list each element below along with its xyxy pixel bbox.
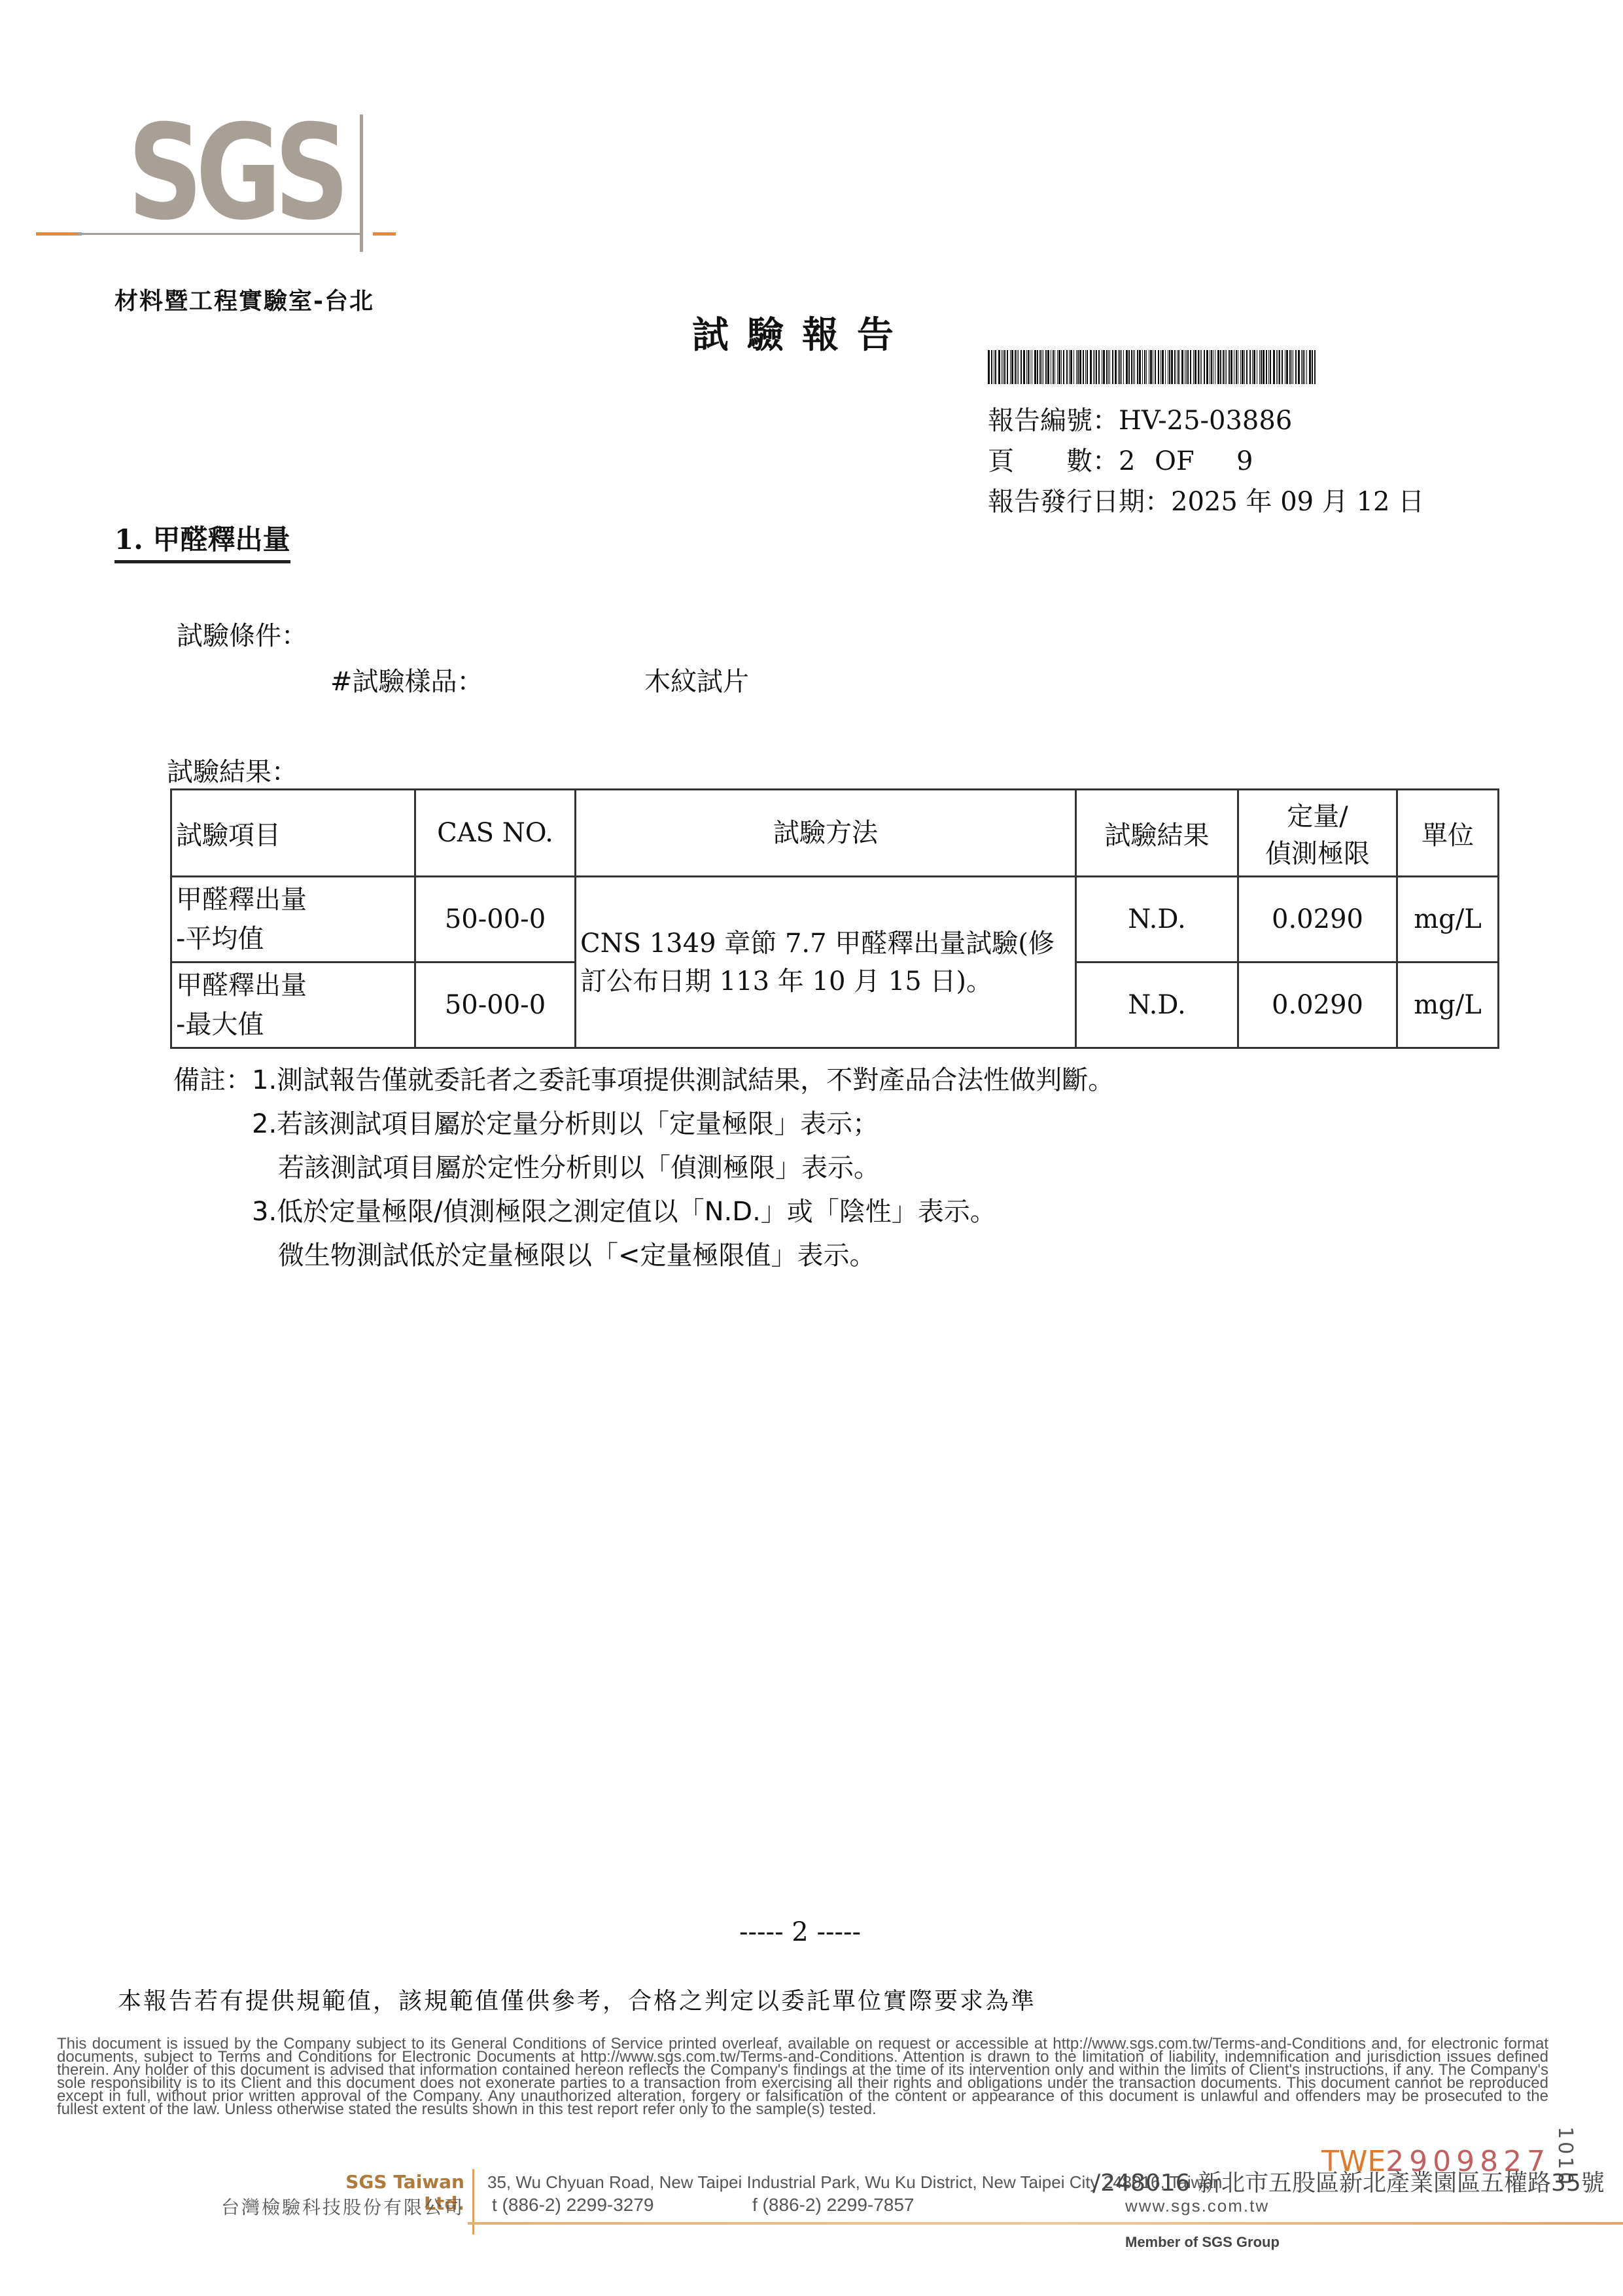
disclaimer-zh: 本報告若有提供規範值，該規範值僅供參考，合格之判定以委託單位實際要求為準 — [118, 1983, 1036, 2016]
test-conditions-label: 試驗條件： — [177, 615, 307, 652]
table-row: 甲醛釋出量 -平均值 50-00-0 CNS 1349 章節 7.7 甲醛釋出量… — [171, 877, 1499, 963]
note-line: 若該測試項目屬於定性分析則以「偵測極限」表示。 — [173, 1146, 1114, 1190]
note-line: 3.低於定量極限/偵測極限之測定值以「N.D.」或「陰性」表示。 — [173, 1190, 1114, 1234]
cell-unit: mg/L — [1397, 963, 1499, 1048]
footer-divider — [472, 2169, 474, 2234]
page-current: 2 — [1119, 446, 1135, 476]
page-marker: ----- 2 ----- — [739, 1917, 861, 1947]
website-link[interactable]: www.sgs.com.tw — [1125, 2196, 1269, 2216]
note-line: 微生物測試低於定量極限以「<定量極限值」表示。 — [173, 1234, 1114, 1278]
col-header-method: 試驗方法 — [576, 790, 1076, 877]
col-header-item: 試驗項目 — [171, 790, 415, 877]
page-count-row: 頁 數：2OF9 — [988, 441, 1424, 482]
cell-unit: mg/L — [1397, 877, 1499, 963]
sample-value: 木紋試片 — [644, 661, 749, 698]
note-line: 備註：1.測試報告僅就委託者之委託事項提供測試結果，不對產品合法性做判斷。 — [173, 1059, 1114, 1103]
cell-item: 甲醛釋出量 -平均值 — [171, 877, 415, 963]
fax: f (886-2) 2299-7857 — [752, 2195, 915, 2216]
test-results-label: 試驗結果： — [167, 751, 298, 788]
cell-limit: 0.0290 — [1238, 963, 1397, 1048]
report-meta: 報告編號：HV-25-03886 頁 數：2OF9 報告發行日期：2025 年 … — [988, 400, 1424, 522]
cell-cas: 50-00-0 — [415, 877, 576, 963]
footer-rule — [468, 2222, 1623, 2225]
col-header-limit-line1: 定量/ — [1243, 796, 1392, 833]
cell-cas: 50-00-0 — [415, 963, 576, 1048]
item-qualifier: -平均值 — [176, 919, 410, 959]
notes: 備註：1.測試報告僅就委託者之委託事項提供測試結果，不對產品合法性做判斷。 2.… — [173, 1059, 1114, 1278]
item-name: 甲醛釋出量 — [176, 966, 410, 1005]
cell-result: N.D. — [1076, 963, 1238, 1048]
issue-date-row: 報告發行日期：2025 年 09 月 12 日 — [988, 482, 1424, 522]
col-header-cas: CAS NO. — [415, 790, 576, 877]
item-qualifier: -最大值 — [176, 1005, 410, 1044]
cell-method: CNS 1349 章節 7.7 甲醛釋出量試驗(修訂公布日期 113 年 10 … — [576, 877, 1076, 1048]
page-label: 頁 數： — [988, 446, 1119, 476]
sgs-logo: SGS — [128, 115, 363, 239]
report-number: HV-25-03886 — [1119, 406, 1292, 436]
issue-date-label: 報告發行日期： — [988, 487, 1171, 517]
company-name-zh: 台灣檢驗科技股份有限公司 — [196, 2193, 464, 2219]
report-number-row: 報告編號：HV-25-03886 — [988, 400, 1424, 441]
col-header-result: 試驗結果 — [1076, 790, 1238, 877]
address-zh: /248016 新北市五股區新北產業園區五權路35號 — [1092, 2164, 1605, 2198]
logo-accent-line-left — [36, 232, 82, 236]
col-header-limit-line2: 偵測極限 — [1243, 833, 1392, 870]
report-title: 試驗報告 — [692, 306, 912, 359]
item-name: 甲醛釋出量 — [176, 880, 410, 919]
note-line: 2.若該測試項目屬於定量分析則以「定量極限」表示； — [173, 1103, 1114, 1146]
logo-stem — [360, 115, 363, 252]
col-header-limit: 定量/ 偵測極限 — [1238, 790, 1397, 877]
logo-text: SGS — [128, 108, 342, 239]
cell-limit: 0.0290 — [1238, 877, 1397, 963]
logo-accent-line-right — [373, 232, 396, 236]
section-heading: 1. 甲醛釋出量 — [114, 518, 290, 563]
barcode — [988, 350, 1318, 384]
section-title: 甲醛釋出量 — [152, 523, 290, 556]
page-total: 9 — [1213, 441, 1253, 482]
cell-item: 甲醛釋出量 -最大值 — [171, 963, 415, 1048]
lab-name: 材料暨工程實驗室-台北 — [114, 283, 374, 316]
telephone: t (886-2) 2299-3279 — [492, 2195, 654, 2216]
page-of: OF — [1135, 441, 1213, 482]
sample-label: #試驗樣品： — [330, 661, 483, 698]
member-of-group: Member of SGS Group — [1125, 2234, 1280, 2251]
section-number: 1. — [114, 523, 143, 556]
legal-text: This document is issued by the Company s… — [57, 2038, 1548, 2116]
report-number-label: 報告編號： — [988, 406, 1119, 436]
cell-result: N.D. — [1076, 877, 1238, 963]
table-header-row: 試驗項目 CAS NO. 試驗方法 試驗結果 定量/ 偵測極限 單位 — [171, 790, 1499, 877]
issue-date: 2025 年 09 月 12 日 — [1171, 487, 1424, 517]
results-table: 試驗項目 CAS NO. 試驗方法 試驗結果 定量/ 偵測極限 單位 甲醛釋出量… — [170, 788, 1499, 1049]
col-header-unit: 單位 — [1397, 790, 1499, 877]
